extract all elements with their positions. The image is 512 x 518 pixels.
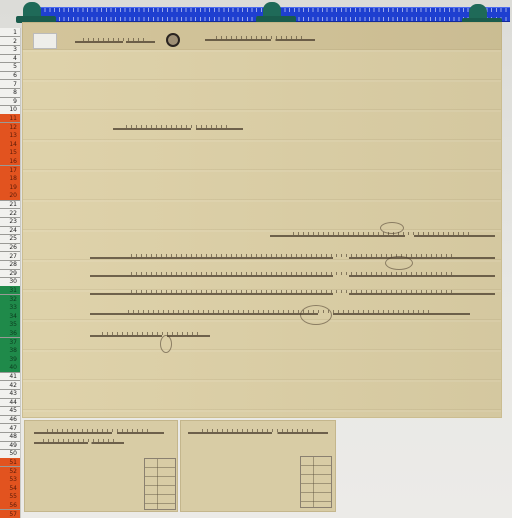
- main-letter: [22, 22, 502, 418]
- body-line-2: [90, 257, 495, 259]
- address-line: [113, 128, 243, 130]
- catalog-label: [33, 33, 57, 49]
- slip-right: [180, 420, 336, 512]
- body-line-1: [270, 235, 495, 237]
- clip-right: [462, 4, 502, 24]
- body-line-4: [90, 293, 495, 295]
- flourish: [160, 335, 172, 353]
- flourish: [385, 256, 413, 270]
- header-script-left: [75, 41, 155, 43]
- body-line-5: [90, 313, 470, 315]
- clip-left: [16, 2, 56, 22]
- seal-stamp: [166, 33, 180, 47]
- slip-left: [24, 420, 178, 512]
- flourish: [300, 305, 332, 325]
- clip-center: [256, 2, 296, 22]
- body-line-3: [90, 275, 495, 277]
- ruler-tick: 57: [0, 510, 20, 518]
- body-line-6: [90, 335, 210, 337]
- flourish: [380, 222, 404, 234]
- vertical-ruler: 1234567891011121314151617181920212223242…: [0, 28, 21, 518]
- header-script-right: [205, 39, 315, 41]
